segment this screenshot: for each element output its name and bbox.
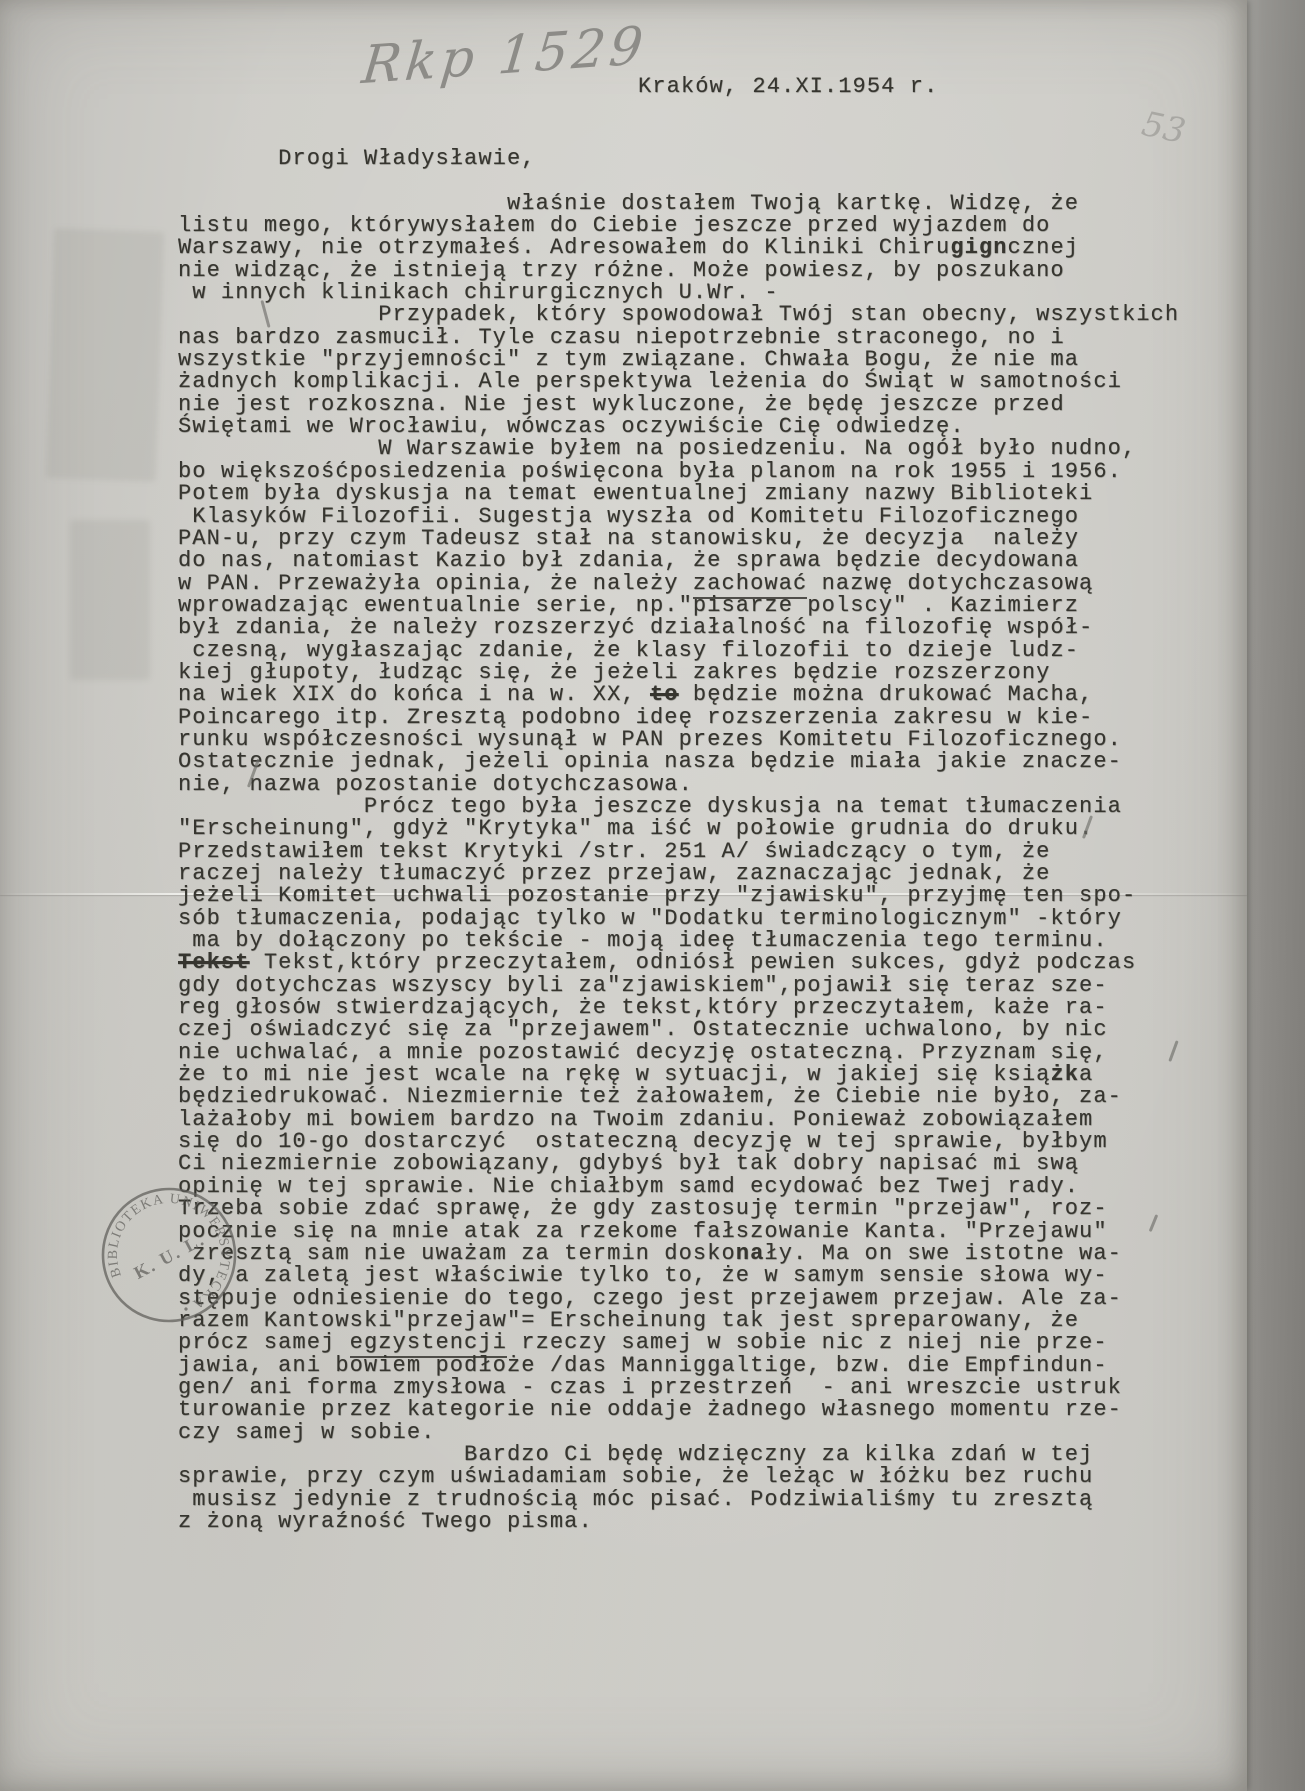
letter-line: jeżeli Komitet uchwali pozostanie przy "… [178, 885, 1179, 907]
letter-line: ma by dołączony po tekście - moją ideę t… [178, 930, 1179, 952]
letter-text: w PAN. Przeważyła opinia, że należy [178, 571, 693, 596]
letter-text: w innych klinikach chirurgicznych U.Wr. … [178, 280, 779, 305]
letter-text: nie uchwalać, a mnie pozostawić decyzję … [178, 1040, 1108, 1065]
letter-line: nie uchwalać, a mnie pozostawić decyzję … [178, 1042, 1179, 1064]
letter-line: razem Kantowski"przejaw"= Erscheinung ta… [178, 1310, 1179, 1332]
letter-text: runku współczesności wysunął w PAN preze… [178, 727, 1122, 752]
letter-text: na wiek XIX do końca i na w. XX, [178, 682, 650, 707]
letter-text: czej oświadczyć się za "przejawem". Osta… [178, 1017, 1108, 1042]
letter-text: z żoną wyraźność Twego pisma. [178, 1509, 593, 1534]
letter-text: Ci niezmiernie zobowiązany, gdybyś był t… [178, 1151, 1079, 1176]
letter-text: Potem była dyskusja na temat ewentualnej… [178, 481, 1093, 506]
letter-paper: Rkp 1529 53 Kraków, 24.XI.1954 r. Drogi … [0, 0, 1247, 1791]
letter-line: raczej należy tłumaczyć przez przejaw, z… [178, 863, 1179, 885]
letter-line: był zdania, że należy rozszerzyć działal… [178, 617, 1179, 639]
letter-line: pocznie się na mnie atak za rzekome fałs… [178, 1221, 1179, 1243]
letter-text: Tekst,który przeczytałem, odniósł pewien… [250, 950, 1137, 975]
letter-text: Trzeba sobie zdać sprawę, że gdy zastosu… [178, 1196, 1108, 1221]
letter-text: nas bardzo zasmucił. Tyle czasu niepotrz… [178, 325, 1065, 350]
letter-text: się do 10-go dostarczyć ostateczną decyz… [178, 1129, 1108, 1154]
letter-text-marked: na [736, 1241, 765, 1266]
letter-text-marked: to [650, 682, 679, 707]
letter-text: że to mi nie jest wcale na rękę w sytuac… [178, 1062, 1050, 1087]
letter-line: w innych klinikach chirurgicznych U.Wr. … [178, 282, 1179, 304]
letter-text: "Erscheinung", gdyż "Krytyka" ma iść w p… [178, 816, 1093, 841]
letter-text: Prócz tego była jeszcze dyskusja na tema… [178, 794, 1122, 819]
letter-line: wprowadzając ewentualnie serie, np."pisa… [178, 595, 1179, 617]
letter-line: Przedstawiłem tekst Krytyki /str. 251 A/… [178, 841, 1179, 863]
letter-line: gdy dotychczas wszyscy byli za"zjawiskie… [178, 975, 1179, 997]
letter-line: nie, nazwa pozostanie dotychczasowa. [178, 774, 1179, 796]
letter-line: Klasyków Filozofii. Sugestja wyszła od K… [178, 506, 1179, 528]
letter-text: nazwę dotychczasową [807, 571, 1093, 596]
letter-line: Prócz tego była jeszcze dyskusja na tema… [178, 796, 1179, 818]
letter-text: nie widząc, że istnieją trzy różne. Może… [178, 258, 1065, 283]
letter-line: nas bardzo zasmucił. Tyle czasu niepotrz… [178, 327, 1179, 349]
letter-text: wprowadzając ewentualnie serie, np."pisa… [178, 593, 1079, 618]
scanned-letter-page: Rkp 1529 53 Kraków, 24.XI.1954 r. Drogi … [0, 0, 1305, 1791]
letter-line: Świętami we Wrocławiu, wówczas oczywiści… [178, 416, 1179, 438]
ghost-text-smudge [70, 520, 150, 680]
letter-line: właśnie dostałem Twoją kartkę. Widzę, że [178, 193, 1179, 215]
letter-line: sób tłumaczenia, podając tylko w "Dodatk… [178, 908, 1179, 930]
letter-text: gdy dotychczas wszyscy byli za"zjawiskie… [178, 973, 1108, 998]
letter-text: Przedstawiłem tekst Krytyki /str. 251 A/… [178, 839, 1050, 864]
letter-line: stępuje odniesienie do tego, czego jest … [178, 1288, 1179, 1310]
letter-line: nie jest rozkoszna. Nie jest wykluczone,… [178, 394, 1179, 416]
letter-text: pocznie się na mnie atak za rzekome fałs… [178, 1219, 1108, 1244]
letter-line: do nas, natomiast Kazio był zdania, że s… [178, 550, 1179, 572]
letter-text: jawia, ani bowiem podłoże /das Manniggal… [178, 1353, 1108, 1378]
letter-line: turowanie przez kategorie nie oddaje żad… [178, 1399, 1179, 1421]
letter-text: turowanie przez kategorie nie oddaje żad… [178, 1397, 1122, 1422]
letter-text: bo większośćposiedzenia poświęcona była … [178, 459, 1122, 484]
date-line: Kraków, 24.XI.1954 r. [638, 74, 938, 99]
letter-line: z żoną wyraźność Twego pisma. [178, 1511, 1179, 1533]
letter-text: raczej należy tłumaczyć przez przejaw, z… [178, 861, 1050, 886]
letter-line: Tekst Tekst,który przeczytałem, odniósł … [178, 952, 1179, 974]
letter-line: nie widząc, że istnieją trzy różne. Może… [178, 260, 1179, 282]
letter-line: Drogi Władysławie, [178, 148, 1179, 170]
letter-line: zresztą sam nie uważam za termin doskona… [178, 1243, 1179, 1265]
letter-line: w PAN. Przeważyła opinia, że należy zach… [178, 573, 1179, 595]
letter-line: reg głosów stwierdzających, że tekst,któ… [178, 997, 1179, 1019]
letter-line: Poincarego itp. Zresztą podobno ideę roz… [178, 707, 1179, 729]
letter-line: prócz samej egzystencji rzeczy samej w s… [178, 1332, 1179, 1354]
letter-text: prócz samej [178, 1330, 350, 1355]
manuscript-number-annotation: Rkp 1529 [359, 16, 650, 96]
letter-text: czy samej w sobie. [178, 1420, 435, 1445]
letter-line: sprawie, przy czym uświadamiam sobie, że… [178, 1466, 1179, 1488]
letter-text: sób tłumaczenia, podając tylko w "Dodatk… [178, 906, 1122, 931]
letter-line: "Erscheinung", gdyż "Krytyka" ma iść w p… [178, 818, 1179, 840]
letter-line: żadnych komplikacji. Ale perspektywa leż… [178, 371, 1179, 393]
letter-line: lażałoby mi bowiem bardzo na Twoim zdani… [178, 1109, 1179, 1131]
letter-line: na wiek XIX do końca i na w. XX, to będz… [178, 684, 1179, 706]
stamp-center-text: K. U. L. [131, 1229, 209, 1283]
letter-text: żadnych komplikacji. Ale perspektywa leż… [178, 369, 1122, 394]
letter-text: W Warszawie byłem na posiedzeniu. Na ogó… [178, 436, 1136, 461]
letter-text: Poincarego itp. Zresztą podobno ideę roz… [178, 705, 1093, 730]
letter-text: rzeczy samej w sobie nic z niej nie prze… [507, 1330, 1108, 1355]
letter-text: Drogi Władysławie, [178, 146, 536, 171]
letter-text: nie, nazwa pozostanie dotychczasowa. [178, 772, 693, 797]
letter-text: a [1079, 1062, 1093, 1087]
letter-line: się do 10-go dostarczyć ostateczną decyz… [178, 1131, 1179, 1153]
letter-text: sprawie, przy czym uświadamiam sobie, że… [178, 1464, 1093, 1489]
letter-text: Świętami we Wrocławiu, wówczas oczywiści… [178, 414, 965, 439]
letter-body: Drogi Władysławie, właśnie dostałem Twoj… [178, 148, 1179, 1533]
letter-text: kiej głupoty, łudząc się, że jeżeli zakr… [178, 660, 1050, 685]
letter-line: Trzeba sobie zdać sprawę, że gdy zastosu… [178, 1198, 1179, 1220]
letter-line [178, 170, 1179, 192]
letter-text: listu mego, którywysłałem do Ciebie jesz… [178, 213, 1050, 238]
letter-text: ma by dołączony po tekście - moją ideę t… [178, 928, 1108, 953]
letter-text: Klasyków Filozofii. Sugestja wyszła od K… [178, 504, 1079, 529]
letter-text-marked: Tekst [178, 950, 250, 975]
letter-line: runku współczesności wysunął w PAN preze… [178, 729, 1179, 751]
letter-text: zresztą sam nie uważam za termin dosko [178, 1241, 736, 1266]
letter-line: czy samej w sobie. [178, 1422, 1179, 1444]
letter-text: był zdania, że należy rozszerzyć działal… [178, 615, 1093, 640]
letter-line: jawia, ani bowiem podłoże /das Manniggal… [178, 1355, 1179, 1377]
letter-line: opinię w tej sprawie. Nie chiałbym samd … [178, 1176, 1179, 1198]
letter-line: musisz jedynie z trudnością móc pisać. P… [178, 1489, 1179, 1511]
letter-text: właśnie dostałem Twoją kartkę. Widzę, że [178, 191, 1079, 216]
letter-line: Ostatecznie jednak, jeżeli opinia nasza … [178, 751, 1179, 773]
letter-text: Bardzo Ci będę wdzięczny za kilka zdań w… [178, 1442, 1093, 1467]
letter-text: musisz jedynie z trudnością móc pisać. P… [178, 1487, 1093, 1512]
letter-text: jeżeli Komitet uchwali pozostanie przy "… [178, 883, 1136, 908]
letter-line: gen/ ani forma zmysłowa - czas i przestr… [178, 1377, 1179, 1399]
ghost-text-smudge [46, 228, 165, 482]
letter-text: lażałoby mi bowiem bardzo na Twoim zdani… [178, 1107, 1093, 1132]
letter-text-marked: gign [950, 235, 1007, 260]
letter-text: będzie można drukować Macha, [679, 682, 1094, 707]
letter-line: Ci niezmiernie zobowiązany, gdybyś był t… [178, 1153, 1179, 1175]
letter-text: razem Kantowski"przejaw"= Erscheinung ta… [178, 1308, 1079, 1333]
letter-text: Przypadek, który spowodował Twój stan ob… [178, 302, 1179, 327]
letter-text: do nas, natomiast Kazio był zdania, że s… [178, 548, 1079, 573]
letter-line: bo większośćposiedzenia poświęcona była … [178, 461, 1179, 483]
letter-text: Ostatecznie jednak, jeżeli opinia nasza … [178, 749, 1122, 774]
letter-line: kiej głupoty, łudząc się, że jeżeli zakr… [178, 662, 1179, 684]
letter-text: opinię w tej sprawie. Nie chiałbym samd … [178, 1174, 1079, 1199]
letter-text: będziedrukować. Niezmiernie też żałowałe… [178, 1084, 1122, 1109]
letter-line: Warszawy, nie otrzymałeś. Adresowałem do… [178, 237, 1179, 259]
letter-line: PAN-u, przy czym Tadeusz stał na stanowi… [178, 528, 1179, 550]
letter-text: reg głosów stwierdzających, że tekst,któ… [178, 995, 1108, 1020]
letter-line: czej oświadczyć się za "przejawem". Osta… [178, 1019, 1179, 1041]
letter-text: czesną, wygłaszając zdanie, że klasy fil… [178, 638, 1079, 663]
letter-text: Warszawy, nie otrzymałeś. Adresowałem do… [178, 235, 950, 260]
letter-line: Potem była dyskusja na temat ewentualnej… [178, 483, 1179, 505]
letter-text: stępuje odniesienie do tego, czego jest … [178, 1286, 1122, 1311]
page-number-annotation: 53 [1138, 104, 1189, 152]
letter-line: W Warszawie byłem na posiedzeniu. Na ogó… [178, 438, 1179, 460]
letter-text: PAN-u, przy czym Tadeusz stał na stanowi… [178, 526, 1079, 551]
letter-line: Przypadek, który spowodował Twój stan ob… [178, 304, 1179, 326]
letter-text: ły. Ma on swe istotne wa- [764, 1241, 1122, 1266]
letter-text: cznej [1008, 235, 1080, 260]
letter-text: gen/ ani forma zmysłowa - czas i przestr… [178, 1375, 1122, 1400]
letter-line: czesną, wygłaszając zdanie, że klasy fil… [178, 640, 1179, 662]
letter-line: dy, a zaletą jest właściwie tylko to, że… [178, 1265, 1179, 1287]
letter-line: że to mi nie jest wcale na rękę w sytuac… [178, 1064, 1179, 1086]
letter-line: będziedrukować. Niezmiernie też żałowałe… [178, 1086, 1179, 1108]
letter-line: Bardzo Ci będę wdzięczny za kilka zdań w… [178, 1444, 1179, 1466]
letter-text-marked: żk [1050, 1062, 1079, 1087]
letter-text: dy, a zaletą jest właściwie tylko to, że… [178, 1263, 1108, 1288]
letter-line: listu mego, którywysłałem do Ciebie jesz… [178, 215, 1179, 237]
